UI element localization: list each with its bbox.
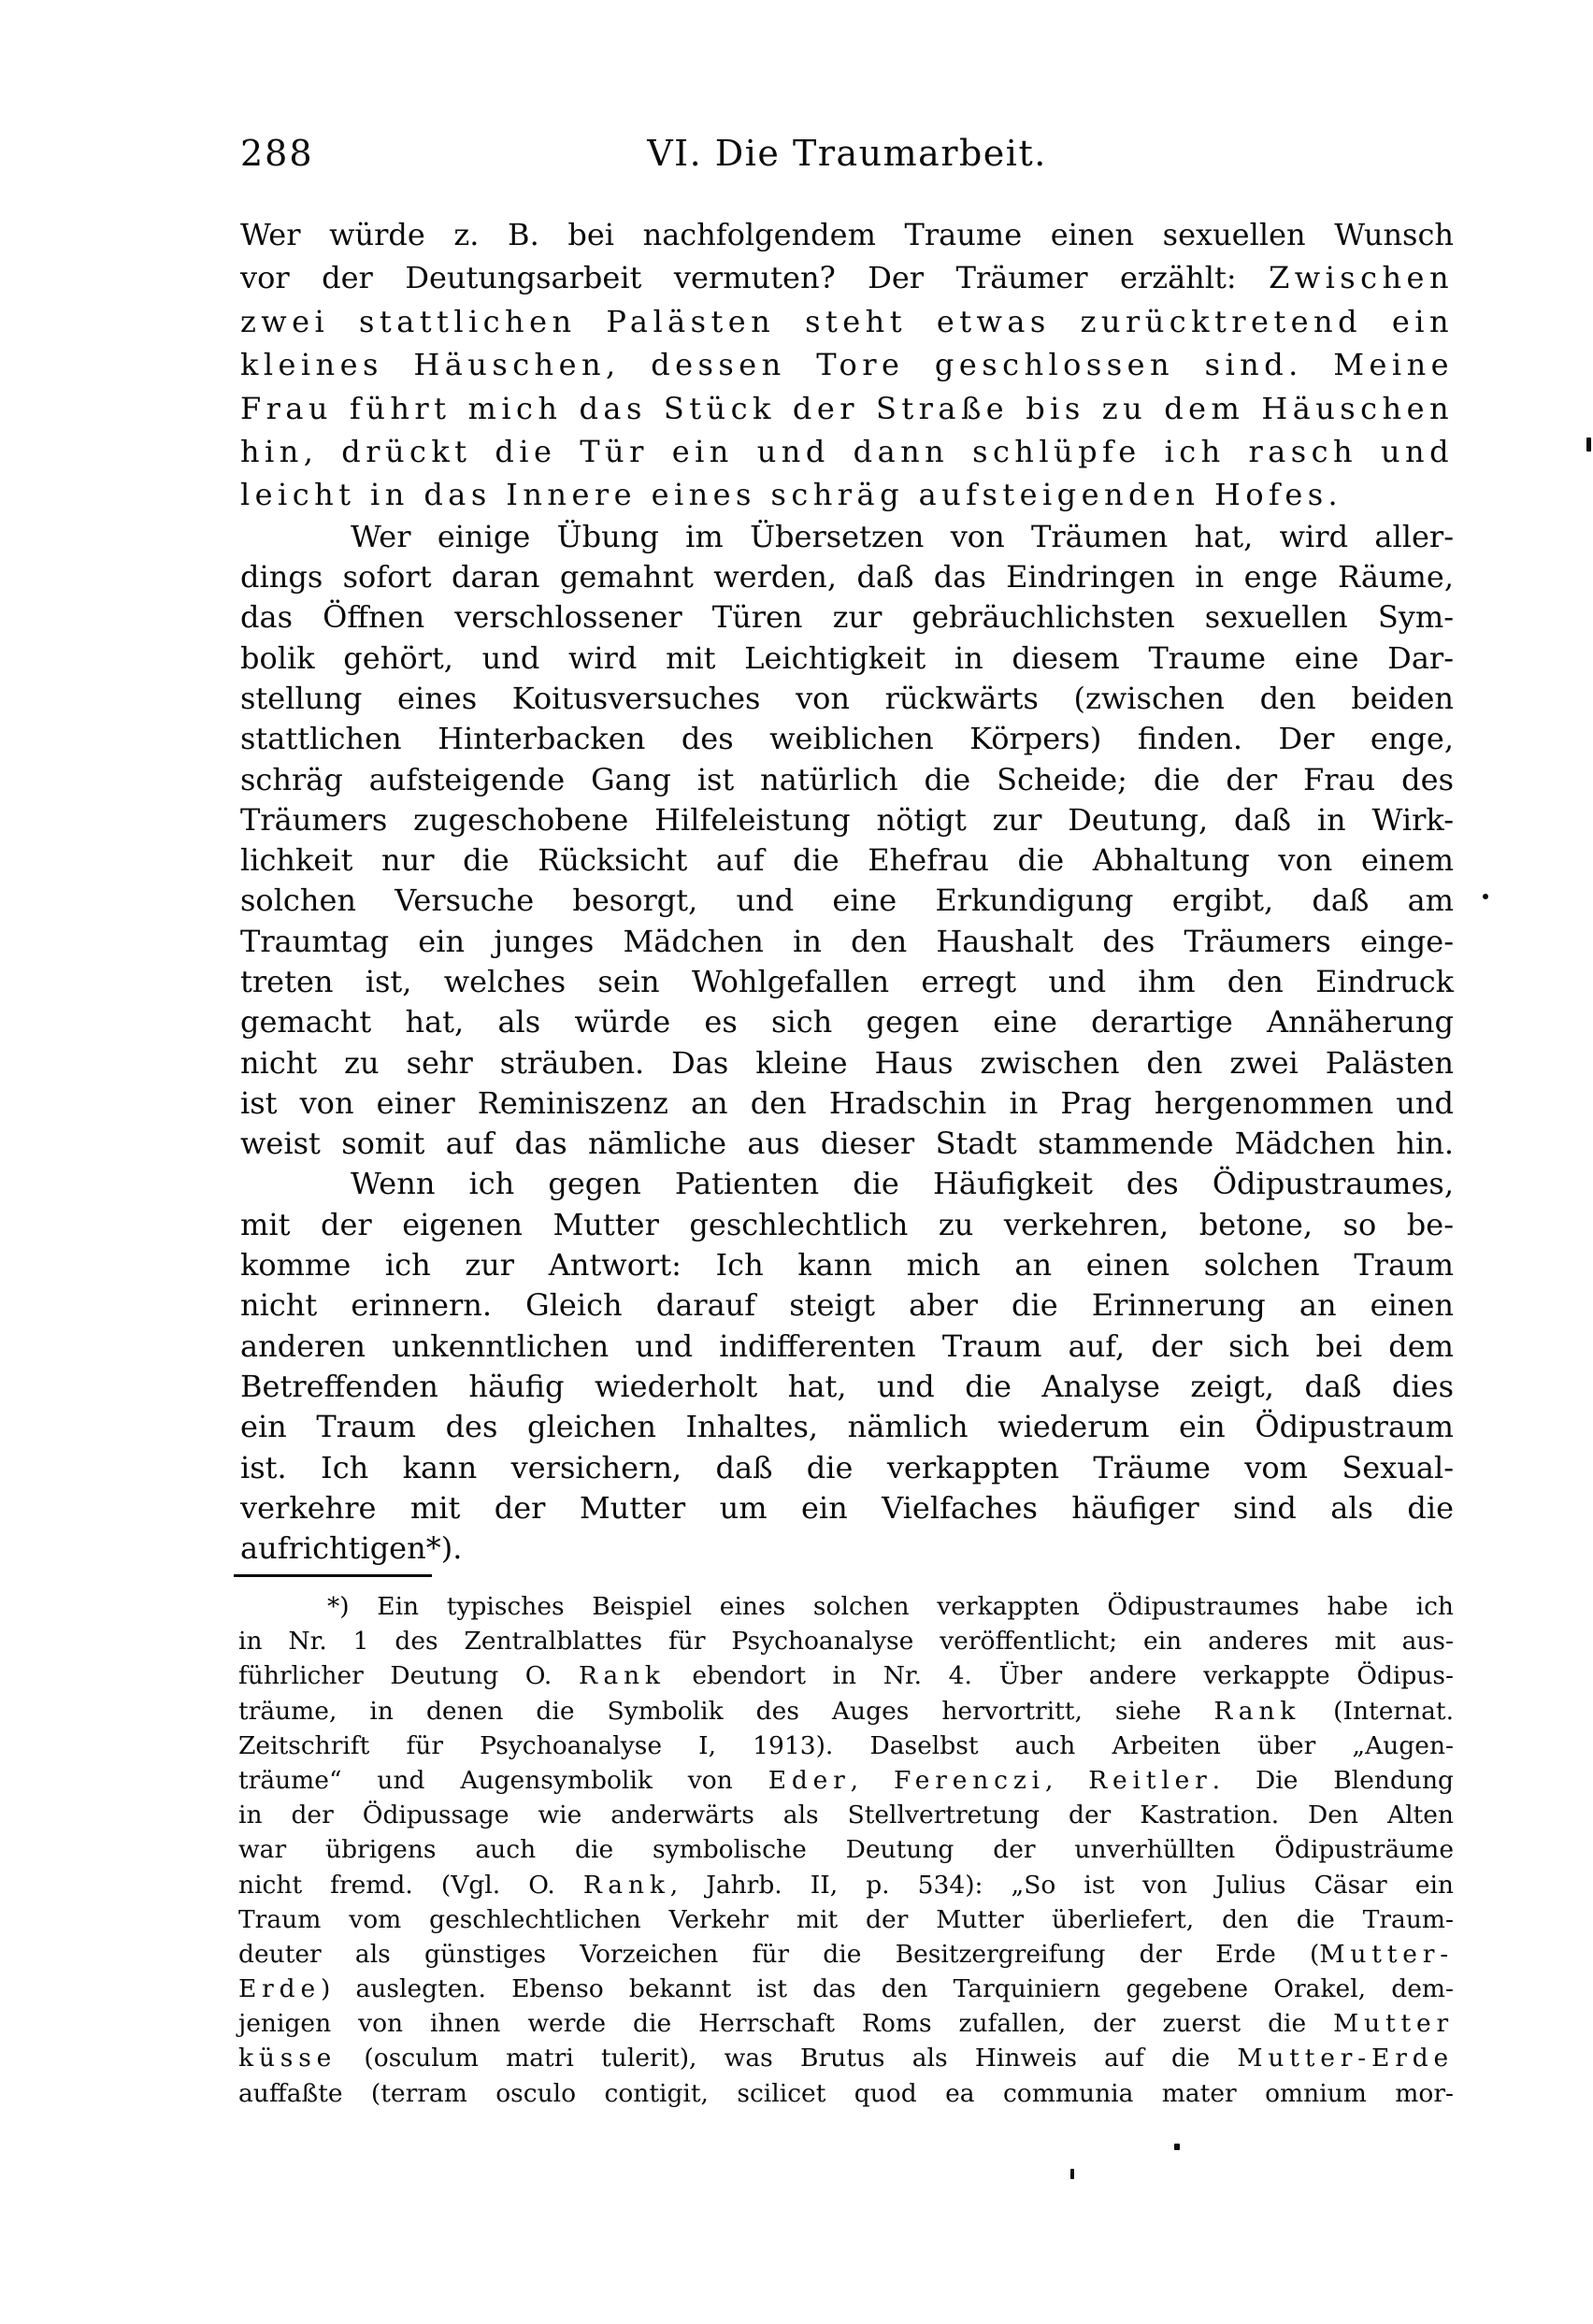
text-line: weist somit auf das nämliche aus dieser …: [240, 1124, 1454, 1164]
text-segment: *) Ein typisches Beispiel eines solchen …: [327, 1592, 1454, 1621]
text-segment: auffaßte (terram osculo contigit, scilic…: [238, 2079, 1454, 2108]
text-segment: Traumtag ein junges Mädchen in den Haush…: [240, 924, 1454, 959]
footnote-text: *) Ein typisches Beispiel eines solchen …: [238, 1589, 1454, 2111]
text-segment: ebendort in Nr. 4. Über andere verkappte…: [666, 1661, 1454, 1690]
text-segment: aufrichtigen*).: [240, 1530, 462, 1566]
text-line: ist von einer Reminiszenz an den Hradsch…: [240, 1083, 1454, 1124]
paragraph: Wenn ich gegen Patienten die Häufigkeit …: [240, 1164, 1454, 1569]
text-segment: (osculum matri tulerit), was Brutus als …: [337, 2044, 1237, 2073]
text-segment: gemacht hat, als würde es sich gegen ein…: [240, 1004, 1454, 1040]
text-line: gemacht hat, als würde es sich gegen ein…: [240, 1002, 1454, 1042]
text-segment: ist von einer Reminiszenz an den Hradsch…: [240, 1085, 1454, 1121]
running-head: VI. Die Traumarbeit.: [240, 133, 1454, 174]
text-segment: träume, in denen die Symbolik des Auges …: [238, 1697, 1213, 1726]
text-line: küsse (osculum matri tulerit), was Brutu…: [238, 2041, 1454, 2075]
text-segment: jenigen von ihnen werde die Herrschaft R…: [238, 2009, 1333, 2038]
letterspaced-emphasis: Reitler: [1088, 1766, 1212, 1795]
text-segment: ,: [1045, 1766, 1088, 1795]
text-line: in Nr. 1 des Zentralblattes für Psychoan…: [238, 1624, 1454, 1658]
letterspaced-emphasis: Eder: [768, 1766, 851, 1795]
text-segment: treten ist, welches sein Wohlgefallen er…: [240, 964, 1454, 999]
text-line: ist. Ich kann versichern, daß die verkap…: [240, 1448, 1454, 1488]
scanned-book-page: 288 VI. Die Traumarbeit. Wer würde z. B.…: [0, 0, 1593, 2324]
letterspaced-emphasis: Mutter-Erde: [1237, 2044, 1454, 2073]
text-line: lichkeit nur die Rücksicht auf die Ehefr…: [240, 840, 1454, 881]
text-segment: , Jahrb. II, p. 534): „So ist von Julius…: [670, 1871, 1454, 1900]
text-line: nicht fremd. (Vgl. O. Rank, Jahrb. II, p…: [238, 1868, 1454, 1902]
text-line: stattlichen Hinterbacken des weiblichen …: [240, 719, 1454, 759]
text-segment: bolik gehört, und wird mit Leichtigkeit …: [240, 640, 1454, 676]
footnote-separator-rule: [234, 1574, 432, 1577]
text-segment: weist somit auf das nämliche aus dieser …: [240, 1126, 1454, 1161]
text-line: Erde) auslegten. Ebenso bekannt ist das …: [238, 1972, 1454, 2006]
text-segment: Wer würde z. B. bei nachfolgendem Traume…: [240, 217, 1454, 252]
letterspaced-emphasis: Ferenczi: [894, 1766, 1045, 1795]
text-segment: nicht fremd. (Vgl. O.: [238, 1871, 583, 1900]
letterspaced-emphasis: leicht in das Innere eines schräg aufste…: [240, 477, 1342, 512]
text-line: nicht erinnern. Gleich darauf steigt abe…: [240, 1285, 1454, 1326]
text-segment: war übrigens auch die symbolische Deutun…: [238, 1835, 1454, 1864]
text-segment: komme ich zur Antwort: Ich kann mich an …: [240, 1247, 1454, 1283]
text-segment: schräg aufsteigende Gang ist natürlich d…: [240, 762, 1454, 797]
letterspaced-emphasis: küsse: [238, 2044, 337, 2073]
text-segment: führlicher Deutung O.: [238, 1661, 579, 1690]
text-line: nicht zu sehr sträuben. Das kleine Haus …: [240, 1043, 1454, 1083]
body-text: Wer würde z. B. bei nachfolgendem Traume…: [240, 213, 1454, 1569]
text-segment: anderen unkenntlichen und indifferenten …: [240, 1328, 1454, 1364]
paragraph: Wer einige Übung im Übersetzen von Träum…: [240, 517, 1454, 1165]
text-segment: nicht zu sehr sträuben. Das kleine Haus …: [240, 1045, 1454, 1081]
text-segment: vor der Deutungsarbeit vermuten? Der Trä…: [240, 260, 1269, 295]
text-segment: solchen Versuche besorgt, und eine Erkun…: [240, 882, 1454, 918]
text-segment: verkehre mit der Mutter um ein Vielfache…: [240, 1490, 1454, 1526]
letterspaced-emphasis: Zwischen: [1269, 260, 1454, 295]
text-segment: stellung eines Koitusversuches von rückw…: [240, 681, 1454, 716]
text-line: hin, drückt die Tür ein und dann schlüpf…: [240, 430, 1454, 473]
text-segment: in der Ödipussage wie anderwärts als Ste…: [238, 1800, 1454, 1829]
text-line: das Öffnen verschlossener Türen zur gebr…: [240, 597, 1454, 638]
scan-artifact-speck: [1070, 2169, 1074, 2179]
paragraph: Wer würde z. B. bei nachfolgendem Traume…: [240, 213, 1454, 517]
scan-artifact-speck: [1174, 2144, 1180, 2150]
text-line: ein Traum des gleichen Inhaltes, nämlich…: [240, 1407, 1454, 1447]
text-line: verkehre mit der Mutter um ein Vielfache…: [240, 1488, 1454, 1528]
text-segment: in Nr. 1 des Zentralblattes für Psychoan…: [238, 1627, 1454, 1656]
letterspaced-emphasis: Erde: [238, 1974, 321, 2003]
text-line: auffaßte (terram osculo contigit, scilic…: [238, 2076, 1454, 2111]
text-line: Zeitschrift für Psychoanalyse I, 1913). …: [238, 1729, 1454, 1763]
text-line: Traumtag ein junges Mädchen in den Haush…: [240, 922, 1454, 962]
text-line: Betreffenden häufig wiederholt hat, und …: [240, 1367, 1454, 1407]
text-line: war übrigens auch die symbolische Deutun…: [238, 1832, 1454, 1867]
text-segment: Wenn ich gegen Patienten die Häufigkeit …: [351, 1166, 1454, 1201]
text-line: träume“ und Augensymbolik von Eder, Fere…: [238, 1763, 1454, 1798]
letterspaced-emphasis: Mutter: [1333, 2009, 1454, 2038]
letterspaced-emphasis: Rank: [579, 1661, 666, 1690]
text-segment: ,: [851, 1766, 894, 1795]
letterspaced-emphasis: Rank: [1213, 1697, 1300, 1726]
text-segment: stattlichen Hinterbacken des weiblichen …: [240, 721, 1454, 756]
text-segment: nicht erinnern. Gleich darauf steigt abe…: [240, 1287, 1454, 1323]
letterspaced-emphasis: hin, drückt die Tür ein und dann schlüpf…: [240, 434, 1454, 469]
text-line: kleines Häuschen, dessen Tore geschlosse…: [240, 343, 1454, 386]
text-segment: Träumers zugeschobene Hilfeleistung nöti…: [240, 802, 1454, 838]
text-line: Frau führt mich das Stück der Straße bis…: [240, 387, 1454, 430]
text-line: jenigen von ihnen werde die Herrschaft R…: [238, 2006, 1454, 2041]
text-segment: Traum vom geschlechtlichen Verkehr mit d…: [238, 1905, 1454, 1934]
text-segment: . Die Blendung: [1213, 1766, 1454, 1795]
scan-artifact-speck: [1483, 894, 1488, 899]
text-segment: ) auslegten. Ebenso bekannt ist das den …: [321, 1974, 1454, 2003]
letterspaced-emphasis: Rank: [583, 1871, 670, 1900]
text-segment: mit der eigenen Mutter geschlechtlich zu…: [240, 1207, 1454, 1242]
text-line: solchen Versuche besorgt, und eine Erkun…: [240, 881, 1454, 921]
text-line: träume, in denen die Symbolik des Auges …: [238, 1694, 1454, 1729]
text-segment: das Öffnen verschlossener Türen zur gebr…: [240, 599, 1454, 635]
text-line: führlicher Deutung O. Rank ebendort in N…: [238, 1658, 1454, 1693]
text-segment: lichkeit nur die Rücksicht auf die Ehefr…: [240, 842, 1454, 878]
page-number: 288: [240, 133, 314, 174]
text-line: leicht in das Innere eines schräg aufste…: [240, 473, 1454, 516]
text-segment: Zeitschrift für Psychoanalyse I, 1913). …: [238, 1731, 1454, 1760]
letterspaced-emphasis: zwei stattlichen Palästen steht etwas zu…: [240, 304, 1454, 339]
text-line: mit der eigenen Mutter geschlechtlich zu…: [240, 1205, 1454, 1245]
page-header: 288 VI. Die Traumarbeit.: [240, 133, 1454, 179]
text-line: zwei stattlichen Palästen steht etwas zu…: [240, 300, 1454, 343]
text-line: Wenn ich gegen Patienten die Häufigkeit …: [240, 1164, 1454, 1204]
text-line: deuter als günstiges Vorzeichen für die …: [238, 1937, 1454, 1972]
text-segment: ist. Ich kann versichern, daß die verkap…: [240, 1450, 1454, 1485]
text-line: treten ist, welches sein Wohlgefallen er…: [240, 962, 1454, 1002]
text-line: bolik gehört, und wird mit Leichtigkeit …: [240, 638, 1454, 679]
text-line: Wer einige Übung im Übersetzen von Träum…: [240, 517, 1454, 557]
letterspaced-emphasis: Frau führt mich das Stück der Straße bis…: [240, 391, 1454, 426]
text-segment: deuter als günstiges Vorzeichen für die …: [238, 1940, 1319, 1969]
text-line: Traum vom geschlechtlichen Verkehr mit d…: [238, 1902, 1454, 1937]
text-line: dings sofort daran gemahnt werden, daß d…: [240, 557, 1454, 597]
text-line: vor der Deutungsarbeit vermuten? Der Trä…: [240, 256, 1454, 299]
text-line: stellung eines Koitusversuches von rückw…: [240, 679, 1454, 719]
text-line: anderen unkenntlichen und indifferenten …: [240, 1327, 1454, 1367]
text-line: aufrichtigen*).: [240, 1528, 1454, 1569]
scan-artifact-speck: [1586, 438, 1591, 452]
text-segment: Wer einige Übung im Übersetzen von Träum…: [351, 519, 1454, 554]
text-line: schräg aufsteigende Gang ist natürlich d…: [240, 760, 1454, 800]
text-segment: dings sofort daran gemahnt werden, daß d…: [240, 559, 1454, 595]
text-line: in der Ödipussage wie anderwärts als Ste…: [238, 1798, 1454, 1832]
text-line: *) Ein typisches Beispiel eines solchen …: [238, 1589, 1454, 1624]
letterspaced-emphasis: kleines Häuschen, dessen Tore geschlosse…: [240, 347, 1454, 382]
text-segment: träume“ und Augensymbolik von: [238, 1766, 768, 1795]
letterspaced-emphasis: Mutter-: [1319, 1940, 1454, 1969]
text-line: komme ich zur Antwort: Ich kann mich an …: [240, 1245, 1454, 1285]
text-segment: Betreffenden häufig wiederholt hat, und …: [240, 1369, 1454, 1404]
text-line: Träumers zugeschobene Hilfeleistung nöti…: [240, 800, 1454, 840]
text-segment: (Internat.: [1300, 1697, 1454, 1726]
text-segment: ein Traum des gleichen Inhaltes, nämlich…: [240, 1409, 1454, 1444]
text-line: Wer würde z. B. bei nachfolgendem Traume…: [240, 213, 1454, 256]
